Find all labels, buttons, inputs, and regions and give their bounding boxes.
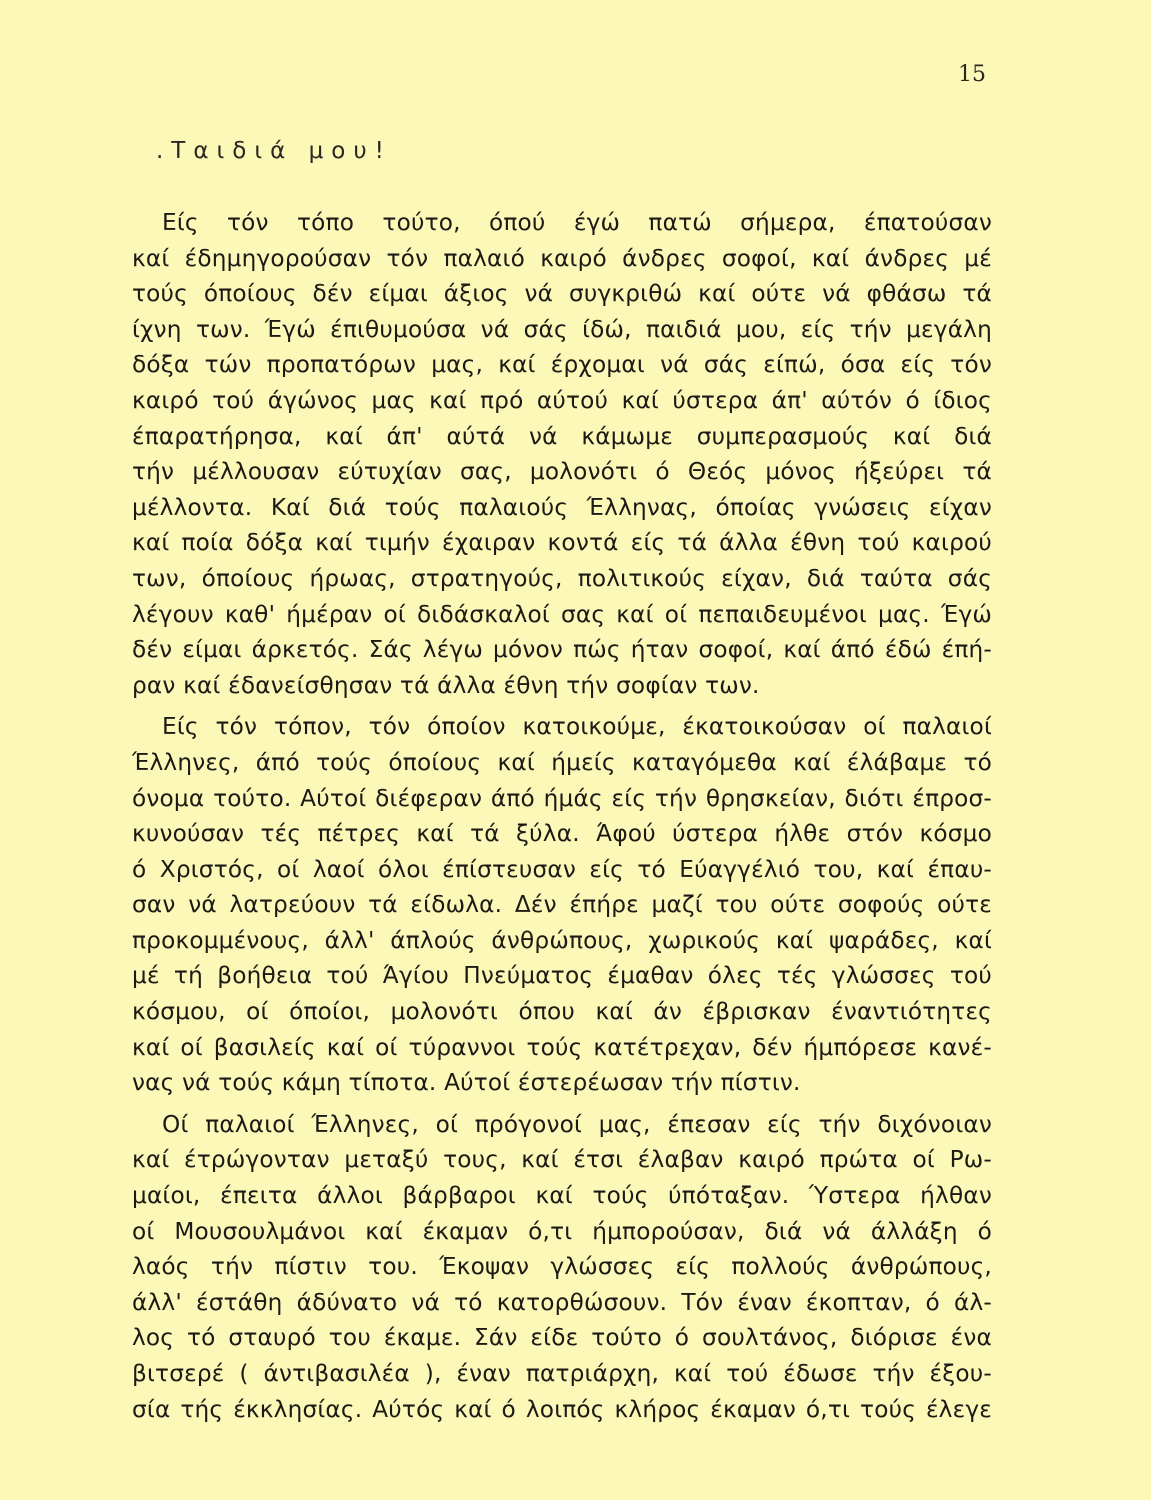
text-line: νας νά τούς κάμη τίποτα. Αύτοί έστερέωσα… (132, 1065, 992, 1101)
text-line: Οί παλαιοί Έλληνες, οί πρόγονοί μας, έπε… (132, 1107, 992, 1143)
text-line: λαός τήν πίστιν του. Έκοψαν γλώσσες είς … (132, 1249, 992, 1285)
text-line: προκομμένους, άλλ' άπλούς άνθρώπους, χωρ… (132, 923, 992, 959)
text-line: των, όποίους ήρωας, στρατηγούς, πολιτικο… (132, 561, 992, 597)
text-line: ό Χριστός, οί λαοί όλοι έπίστευσαν είς τ… (132, 852, 992, 888)
text-line: καιρό τού άγώνος μας καί πρό αύτού καί ύ… (132, 383, 992, 419)
text-line: άλλ' έστάθη άδύνατο νά τό κατορθώσουν. Τ… (132, 1285, 992, 1321)
text-line: κυνούσαν τές πέτρες καί τά ξύλα. Άφού ύσ… (132, 816, 992, 852)
paragraph-3: Οί παλαιοί Έλληνες, οί πρόγονοί μας, έπε… (132, 1107, 992, 1427)
text-line: λέγουν καθ' ήμέραν οί διδάσκαλοί σας καί… (132, 597, 992, 633)
text-line: λος τό σταυρό του έκαμε. Σάν είδε τούτο … (132, 1320, 992, 1356)
text-line: τήν μέλλουσαν εύτυχίαν σας, μολονότι ό Θ… (132, 454, 992, 490)
text-line: Έλληνες, άπό τούς όποίους καί ήμείς κατα… (132, 745, 992, 781)
text-line: έπαρατήρησα, καί άπ' αύτά νά κάμωμε συμπ… (132, 419, 992, 455)
text-line: σαν νά λατρεύουν τά είδωλα. Δέν έπήρε μα… (132, 887, 992, 923)
text-line: οί Μουσουλμάνοι καί έκαμαν ό,τι ήμπορούσ… (132, 1214, 992, 1250)
text-line: καί οί βασιλείς καί οί τύραννοι τούς κατ… (132, 1030, 992, 1066)
text-line: τούς όποίους δέν είμαι άξιος νά συγκριθώ… (132, 276, 992, 312)
text-line: μέλλοντα. Καί διά τούς παλαιούς Έλληνας,… (132, 490, 992, 526)
paragraph-2: Είς τόν τόπον, τόν όποίον κατοικούμε, έκ… (132, 709, 992, 1101)
text-line: Είς τόν τόπον, τόν όποίον κατοικούμε, έκ… (132, 709, 992, 745)
text-line: σία τής έκκλησίας. Αύτός καί ό λοιπός κλ… (132, 1392, 992, 1428)
text-line: Είς τόν τόπο τούτο, όπού έγώ πατώ σήμερα… (132, 205, 992, 241)
paragraph-1: Είς τόν τόπο τούτο, όπού έγώ πατώ σήμερα… (132, 205, 992, 703)
text-line: ραν καί έδανείσθησαν τά άλλα έθνη τήν σο… (132, 668, 992, 704)
text-line: κόσμου, οί όποίοι, μολονότι όπου καί άν … (132, 994, 992, 1030)
text-line: μέ τή βοήθεια τού Άγίου Πνεύματος έμαθαν… (132, 958, 992, 994)
text-line: δέν είμαι άρκετός. Σάς λέγω μόνον πώς ήτ… (132, 632, 992, 668)
text-line: μαίοι, έπειτα άλλοι βάρβαροι καί τούς ύπ… (132, 1178, 992, 1214)
text-line: καί έδημηγορούσαν τόν παλαιό καιρό άνδρε… (132, 241, 992, 277)
page-number: 15 (958, 62, 986, 87)
text-line: δόξα τών προπατόρων μας, καί έρχομαι νά … (132, 347, 992, 383)
text-line: καί έτρώγονταν μεταξύ τους, καί έτσι έλα… (132, 1142, 992, 1178)
body-text: Είς τόν τόπο τούτο, όπού έγώ πατώ σήμερα… (132, 205, 992, 1427)
text-line: ίχνη των. Έγώ έπιθυμούσα νά σάς ίδώ, παι… (132, 312, 992, 348)
text-line: βιτσερέ ( άντιβασιλέα ), έναν πατριάρχη,… (132, 1356, 992, 1392)
text-line: καί ποία δόξα καί τιμήν έχαιραν κοντά εί… (132, 525, 992, 561)
text-line: όνομα τούτο. Αύτοί διέφεραν άπό ήμάς είς… (132, 781, 992, 817)
salutation-heading: .Ταιδιά μου! (156, 138, 392, 164)
